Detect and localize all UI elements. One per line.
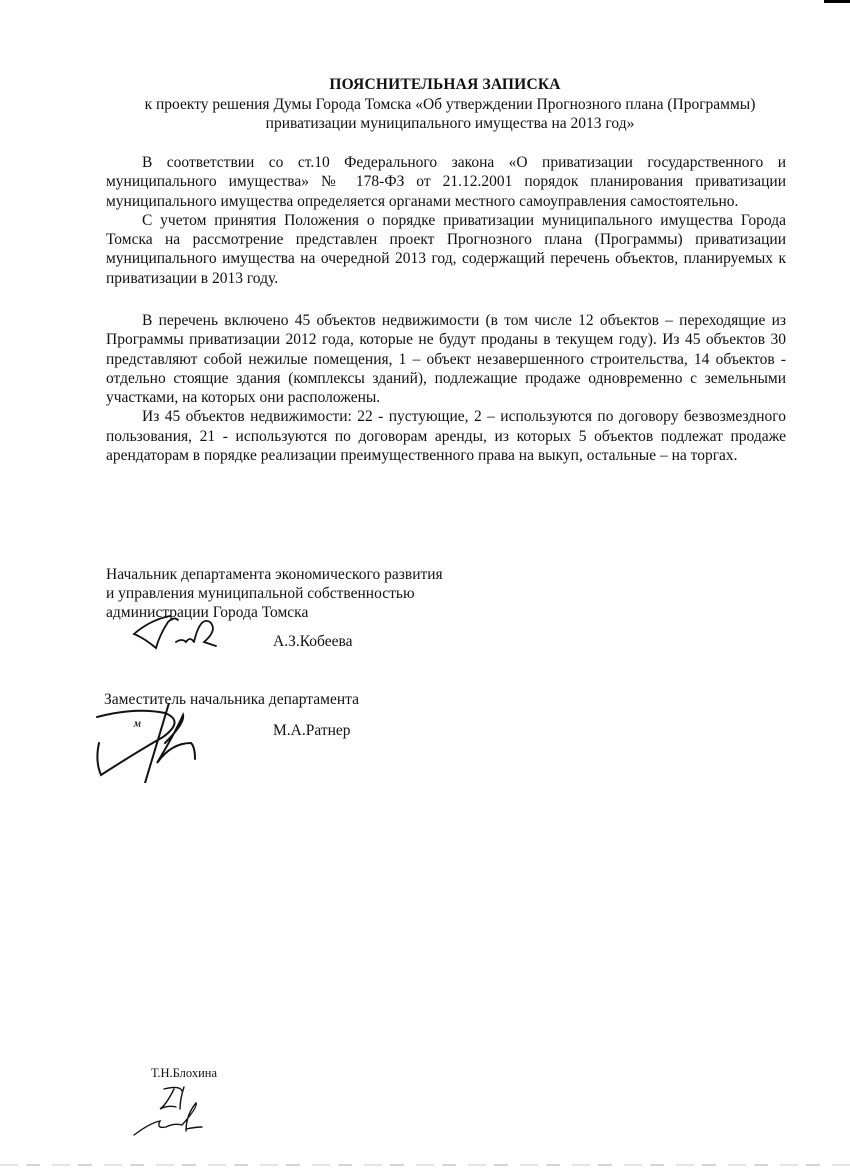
subtitle-line-2: приватизации муниципального имущества на… — [100, 114, 800, 133]
scan-bottom-edge — [0, 1164, 850, 1166]
paragraph-3: В перечень включено 45 объектов недвижим… — [106, 311, 786, 407]
paragraph-2: С учетом принятия Положения о порядке пр… — [106, 211, 786, 288]
executor-signature-icon — [130, 1083, 210, 1143]
executor-name: Т.Н.Блохина — [151, 1066, 217, 1081]
position-line: Начальник департамента экономического ра… — [106, 565, 443, 584]
subtitle-line-1: к проекту решения Думы Города Томска «Об… — [100, 95, 800, 114]
svg-text:м: м — [133, 719, 141, 730]
paragraph-1: В соответствии со ст.10 Федерального зак… — [106, 153, 786, 211]
signatory-1-name: А.З.Кобеева — [273, 633, 352, 651]
body-block-2: В перечень включено 45 объектов недвижим… — [106, 311, 786, 465]
document-subtitle: к проекту решения Думы Города Томска «Об… — [100, 95, 800, 133]
document-title: ПОЯСНИТЕЛЬНАЯ ЗАПИСКА — [0, 76, 850, 94]
signature-1-icon — [130, 612, 220, 652]
scan-corner-mark — [824, 0, 850, 3]
signatory-2-name: М.А.Ратнер — [273, 722, 351, 740]
signature-2-icon: м — [95, 703, 225, 783]
paragraph-4: Из 45 объектов недвижимости: 22 - пустую… — [106, 407, 786, 465]
body-block-1: В соответствии со ст.10 Федерального зак… — [106, 153, 786, 288]
position-line: и управления муниципальной собственность… — [106, 584, 443, 603]
